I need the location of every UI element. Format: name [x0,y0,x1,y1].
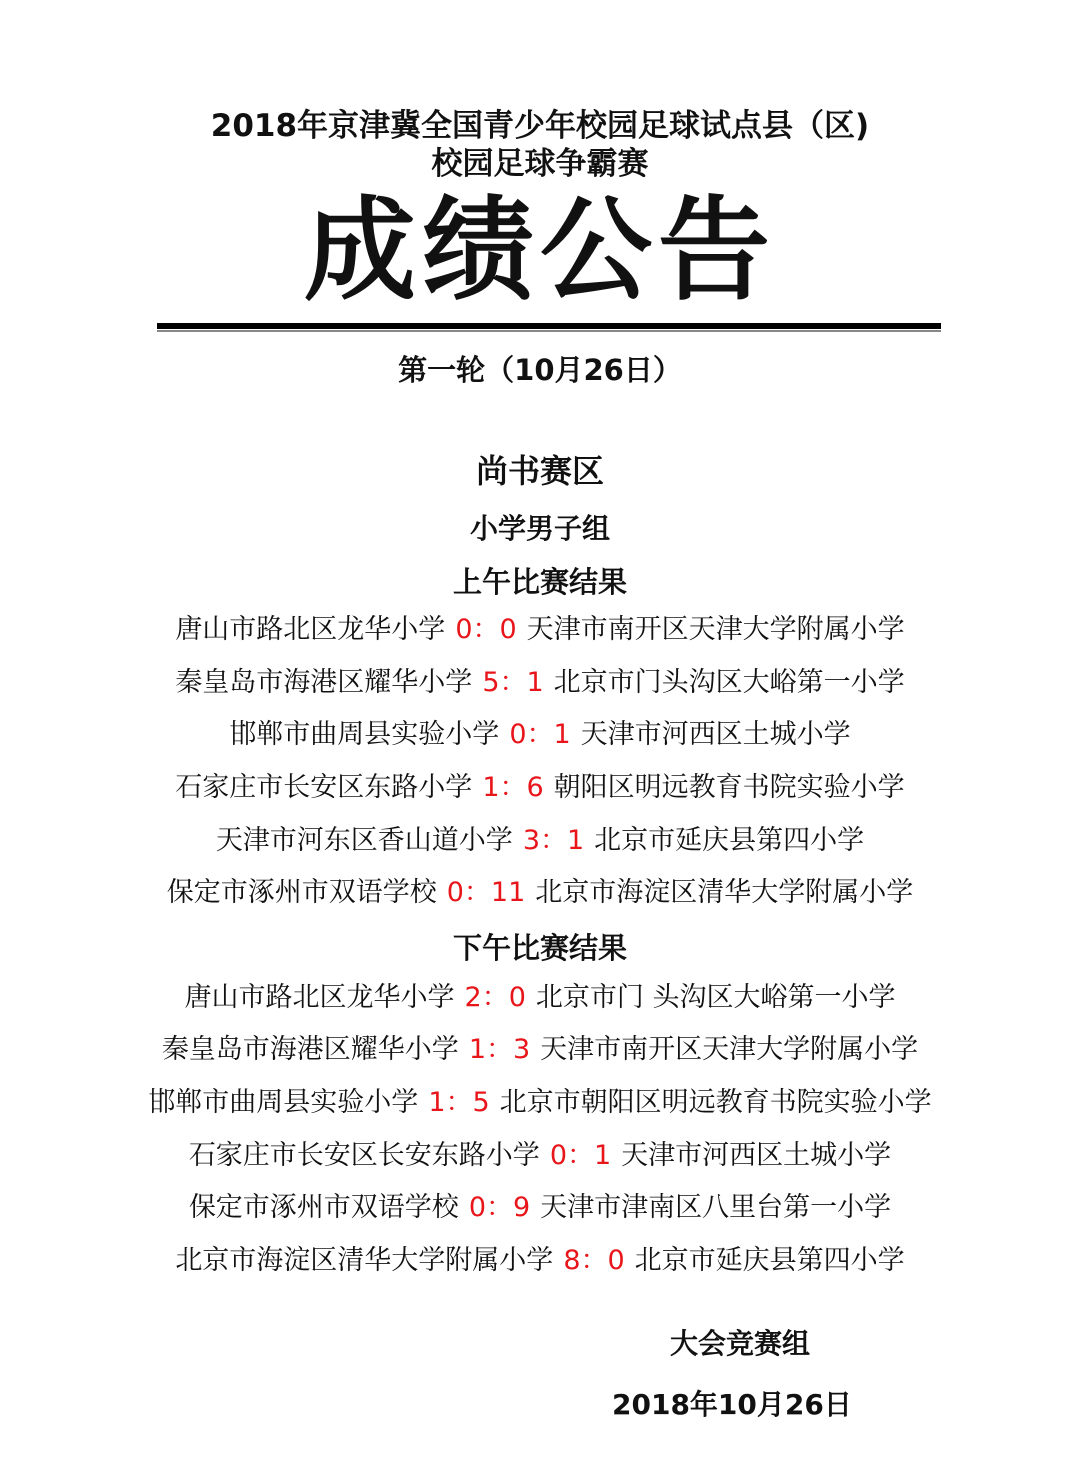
score: 3：1 [523,825,584,856]
event-title-line2: 校园足球争霸赛 [0,138,1080,183]
group-heading: 小学男子组 [0,507,1080,547]
match-row: 保定市涿州市双语学校0：11北京市海淀区清华大学附属小学 [0,873,1080,913]
match-row: 保定市涿州市双语学校0：9天津市津南区八里台第一小学 [0,1188,1080,1228]
score: 5：1 [482,667,543,698]
match-row: 石家庄市长安区长安东路小学0：1天津市河西区土城小学 [0,1136,1080,1176]
match-row: 邯郸市曲周县实验小学1：5北京市朝阳区明远教育书院实验小学 [0,1083,1080,1123]
round-label: 第一轮（10月26日） [0,348,1080,389]
score: 0：9 [469,1192,530,1223]
match-row: 秦皇岛市海港区耀华小学1：3天津市南开区天津大学附属小学 [0,1030,1080,1070]
match-row: 邯郸市曲周县实验小学0：1天津市河西区土城小学 [0,715,1080,755]
match-row: 石家庄市长安区东路小学1：6朝阳区明远教育书院实验小学 [0,768,1080,808]
score: 1：5 [428,1087,489,1118]
score: 0：1 [550,1140,611,1171]
score: 8：0 [563,1245,624,1276]
signature: 大会竞赛组 [670,1322,810,1362]
score: 0：0 [455,614,516,645]
match-row: 天津市河东区香山道小学3：1北京市延庆县第四小学 [0,821,1080,861]
match-row: 秦皇岛市海港区耀华小学5：1北京市门头沟区大峪第一小学 [0,663,1080,703]
divider-thin [157,330,941,332]
match-row: 唐山市路北区龙华小学0：0天津市南开区天津大学附属小学 [0,610,1080,650]
score: 1：3 [469,1034,530,1065]
score: 0：1 [509,719,570,750]
match-row: 唐山市路北区龙华小学2：0北京市门 头沟区大峪第一小学 [0,978,1080,1018]
issue-date: 2018年10月26日 [612,1383,852,1423]
morning-heading: 上午比赛结果 [0,560,1080,601]
score: 1：6 [482,772,543,803]
zone-heading: 尚书赛区 [0,446,1080,492]
score: 0：11 [447,877,526,908]
divider-thick [157,323,941,329]
afternoon-heading: 下午比赛结果 [0,926,1080,967]
match-row: 北京市海淀区清华大学附属小学8：0北京市延庆县第四小学 [0,1241,1080,1281]
score: 2：0 [465,982,526,1013]
page-title: 成绩公告 [0,192,1080,310]
